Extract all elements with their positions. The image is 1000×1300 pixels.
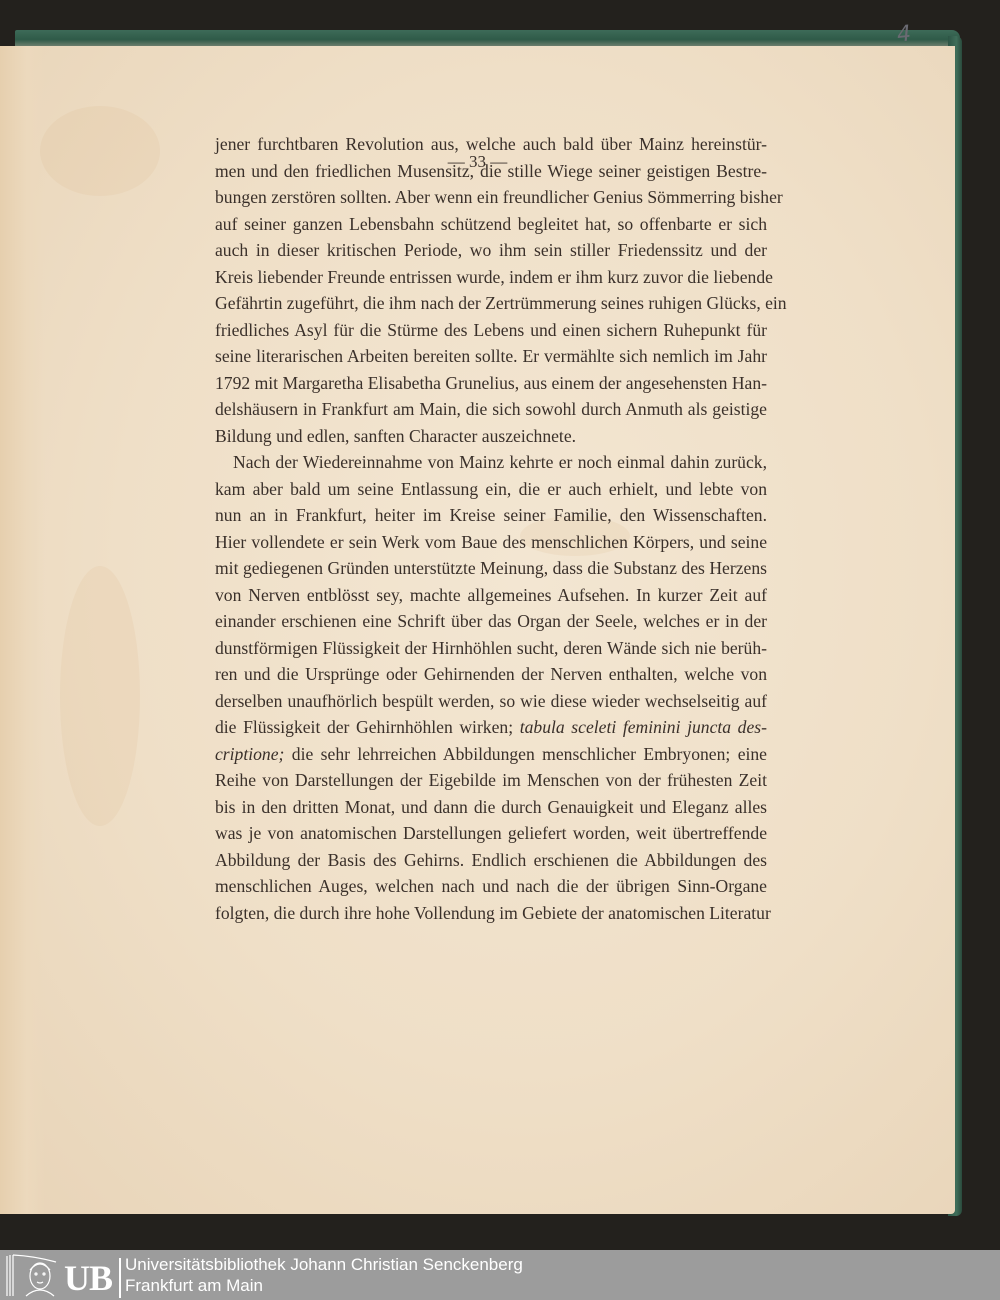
text-line: seine literarischen Arbeiten bereiten so… xyxy=(215,343,767,370)
text-line: friedliches Asyl für die Stürme des Lebe… xyxy=(215,317,767,344)
text-line: auch in dieser kritischen Periode, wo ih… xyxy=(215,237,767,264)
institution-name[interactable]: Universitätsbibliothek Johann Christian … xyxy=(125,1255,523,1275)
text-line: von Nerven entblösst sey, machte allgeme… xyxy=(215,582,767,609)
text-line: nun an in Frankfurt, heiter im Kreise se… xyxy=(215,502,767,529)
text-line: criptione; die sehr lehrreichen Abbildun… xyxy=(215,741,767,768)
text-line: derselben unaufhörlich bespült werden, s… xyxy=(215,688,767,715)
text-line: einander erschienen eine Schrift über da… xyxy=(215,608,767,635)
text-line: men und den friedlichen Musensitz, die s… xyxy=(215,158,767,185)
logo-divider xyxy=(119,1258,121,1298)
library-footer: UB Universitätsbibliothek Johann Christi… xyxy=(0,1250,1000,1300)
text-line: Hier vollendete er sein Werk vom Baue de… xyxy=(215,529,767,556)
senckenberg-portrait-icon xyxy=(4,1252,64,1298)
latin-title: tabula sceleti feminini juncta des- xyxy=(520,717,767,737)
text-line: Gefährtin zugeführt, die ihm nach der Ze… xyxy=(215,290,767,317)
institution-city: Frankfurt am Main xyxy=(125,1276,263,1296)
text-line: Kreis liebender Freunde entrissen wurde,… xyxy=(215,264,767,291)
text-line: kam aber bald um seine Entlassung ein, d… xyxy=(215,476,767,503)
paper-stain xyxy=(60,566,140,826)
paper-stain xyxy=(40,106,160,196)
text-line: dunstförmigen Flüssigkeit der Hirnhöhlen… xyxy=(215,635,767,662)
text-line: bis in den dritten Monat, und dann die d… xyxy=(215,794,767,821)
text-line: bungen zerstören sollten. Aber wenn ein … xyxy=(215,184,767,211)
text-line: mit gediegenen Gründen unterstützte Mein… xyxy=(215,555,767,582)
text-line: jener furchtbaren Revolution aus, welche… xyxy=(215,131,767,158)
text-line: menschlichen Auges, welchen nach und nac… xyxy=(215,873,767,900)
ub-logo-text: UB xyxy=(64,1260,112,1296)
text-line: Abbildung der Basis des Gehirns. Endlich… xyxy=(215,847,767,874)
text-line: auf seiner ganzen Lebensbahn schützend b… xyxy=(215,211,767,238)
gutter-shading xyxy=(0,46,45,1214)
text-line: Bildung und edlen, sanften Character aus… xyxy=(215,423,767,450)
text-line: Nach der Wiedereinnahme von Mainz kehrte… xyxy=(215,449,767,476)
text-line: was je von anatomischen Darstellungen ge… xyxy=(215,820,767,847)
text-line: ren und die Ursprünge oder Gehirnenden d… xyxy=(215,661,767,688)
text-line: delshäusern in Frankfurt am Main, die si… xyxy=(215,396,767,423)
text-line: folgten, die durch ihre hohe Vollendung … xyxy=(215,900,767,927)
handwritten-archive-number: 4 xyxy=(896,21,913,47)
book-cover-top-edge xyxy=(15,30,960,46)
scan-background: — 33 — 4 jener furchtbaren Revolution au… xyxy=(0,0,1000,1250)
latin-title: criptione; xyxy=(215,744,284,764)
text-line: die Flüssigkeit der Gehirnhöhlen wirken;… xyxy=(215,714,767,741)
text-line: Reihe von Darstellungen der Eigebilde im… xyxy=(215,767,767,794)
body-text: jener furchtbaren Revolution aus, welche… xyxy=(215,131,767,926)
ub-logo[interactable]: UB xyxy=(4,1252,116,1298)
text-line: 1792 mit Margaretha Elisabetha Grunelius… xyxy=(215,370,767,397)
